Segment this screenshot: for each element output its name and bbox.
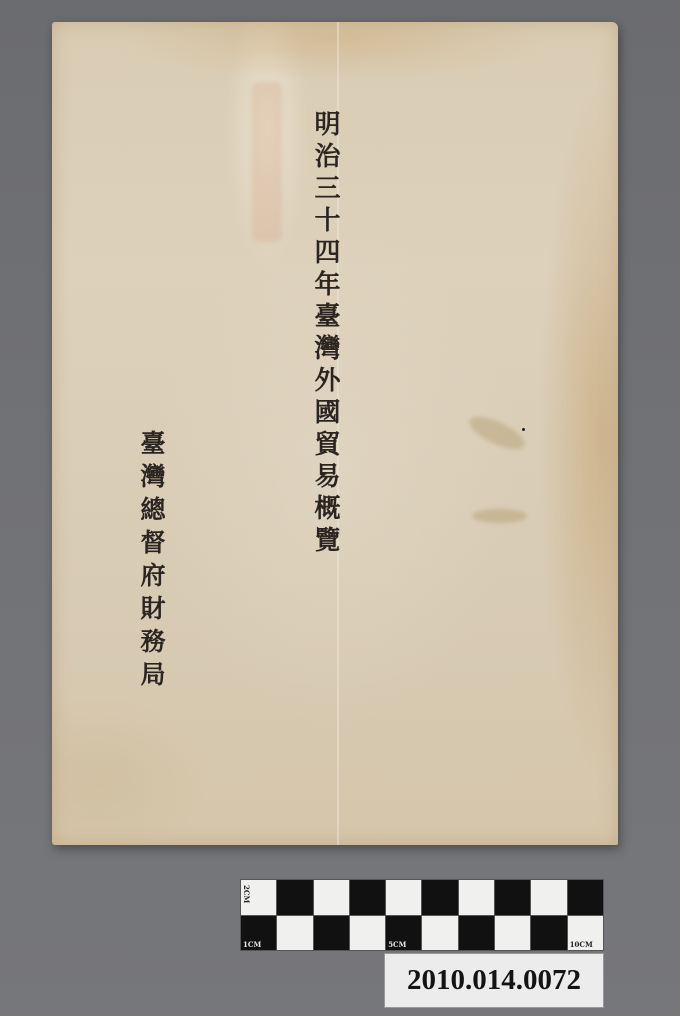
stain [465, 410, 529, 455]
book-cover: 明治三十四年臺灣外國貿易概覽 臺灣總督府財務局 [52, 22, 618, 845]
stain [472, 509, 527, 523]
book-publisher: 臺灣總督府財務局 [136, 430, 166, 694]
book-title: 明治三十四年臺灣外國貿易概覽 [310, 110, 340, 558]
stain [252, 82, 282, 242]
scale-label-1cm: 1CM [243, 940, 261, 949]
scale-label-2cm: 2CM [242, 885, 251, 903]
catalog-number: 2010.014.0072 [407, 964, 581, 997]
scale-bar: 2CM 1CM 5CM 10CM [240, 879, 604, 951]
scale-label-5cm: 5CM [388, 940, 406, 949]
catalog-number-label: 2010.014.0072 [384, 953, 604, 1008]
stain [522, 428, 525, 431]
scale-label-10cm: 10CM [570, 940, 593, 949]
